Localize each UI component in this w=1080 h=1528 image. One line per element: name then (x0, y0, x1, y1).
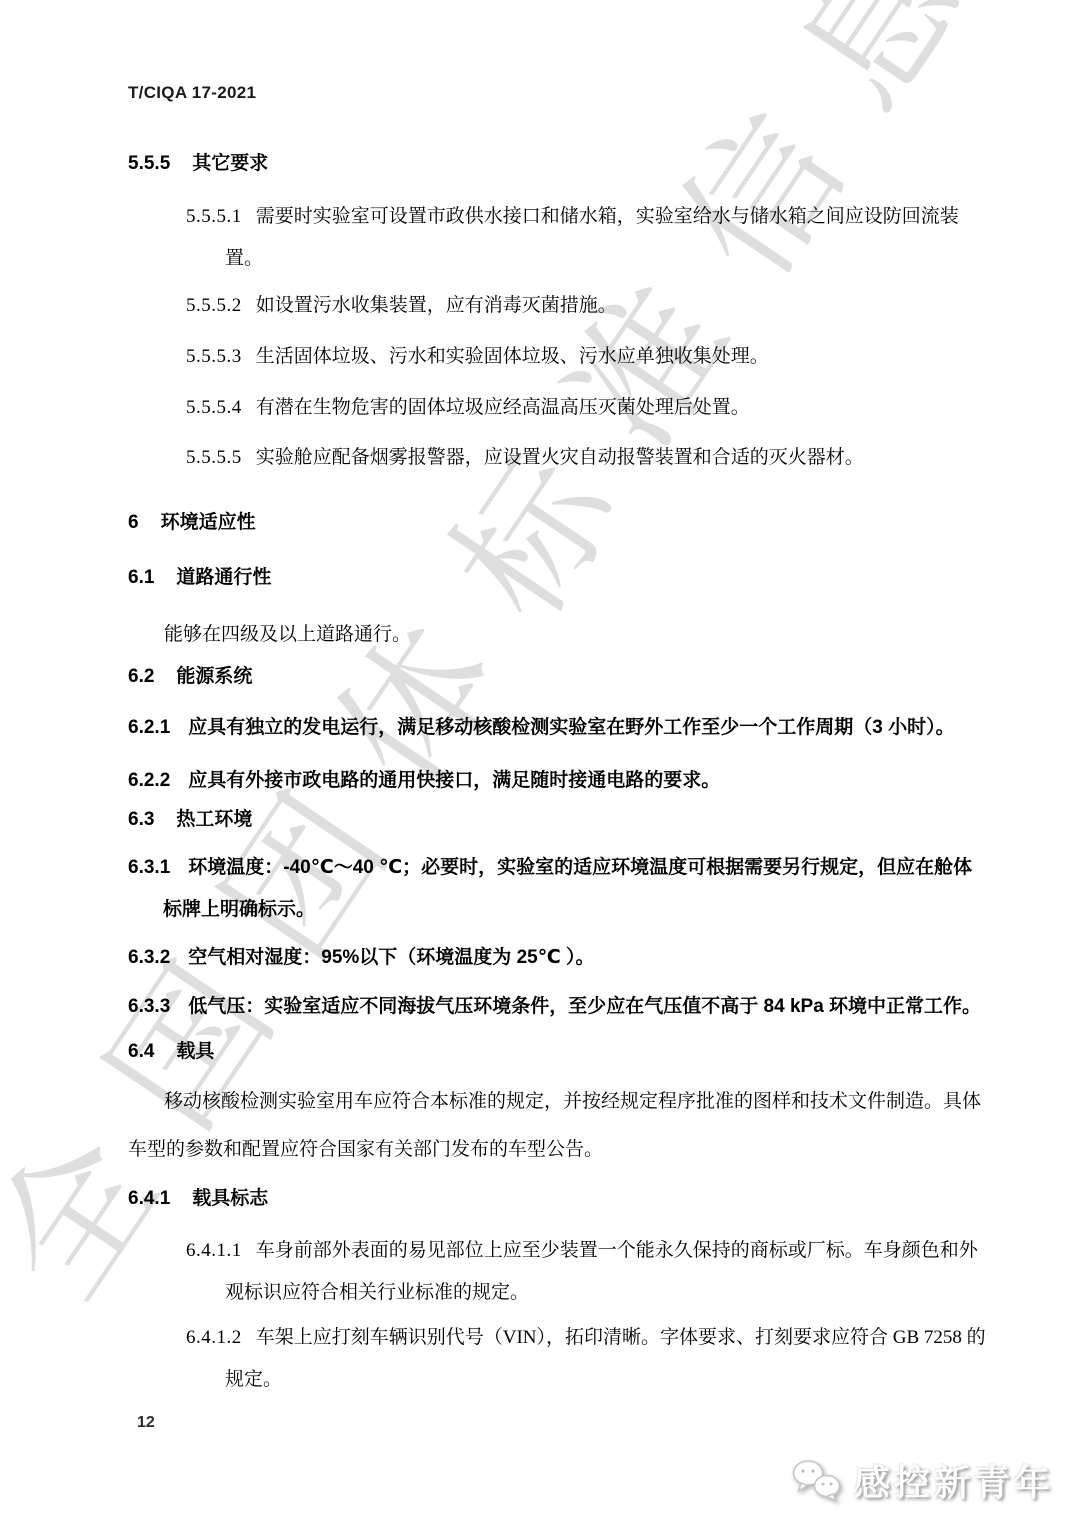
clause-text: 空气相对湿度：95%以下（环境温度为 25℃ ）。 (188, 947, 594, 968)
clause-number: 6.3.3 (128, 996, 170, 1017)
section-heading-6-4-1: 6.4.1载具标志 (128, 1178, 988, 1220)
clause-6-4-1-2: 6.4.1.2车架上应打刻车辆识别代号（VIN），拓印清晰。字体要求、打刻要求应… (225, 1317, 987, 1401)
clause-text: 生活固体垃圾、污水和实验固体垃圾、污水应单独收集处理。 (256, 346, 769, 367)
section-heading-6-1: 6.1道路通行性 (128, 557, 988, 599)
section-title: 道路通行性 (176, 567, 271, 588)
clause-number: 6.2.2 (128, 770, 170, 791)
brand-name: 感控新青年 (854, 1455, 1054, 1506)
clause-text: 如设置污水收集装置，应有消毒灭菌措施。 (256, 295, 617, 316)
clause-text: 实验舱应配备烟雾报警器，应设置火灾自动报警装置和合适的灭火器材。 (256, 447, 864, 468)
clause-number: 5.5.5.4 (186, 397, 242, 418)
clause-6-3-2: 6.3.2空气相对湿度：95%以下（环境温度为 25℃ ）。 (163, 937, 989, 979)
section-heading-5-5-5: 5.5.5其它要求 (128, 143, 988, 185)
brand-badge: 感控新青年 (790, 1455, 1054, 1506)
clause-text: 车身前部外表面的易见部位上应至少装置一个能永久保持的商标或厂标。车身颜色和外观标… (225, 1240, 978, 1303)
clause-text: 有潜在生物危害的固体垃圾应经高温高压灭菌处理后处置。 (256, 397, 750, 418)
paragraph-road: 能够在四级及以上道路通行。 (128, 611, 985, 659)
section-title: 载具标志 (192, 1188, 268, 1209)
page-number: 12 (137, 1414, 155, 1432)
clause-number: 5.5.5.5 (186, 447, 242, 468)
section-title: 能源系统 (176, 666, 252, 687)
section-title: 其它要求 (192, 153, 268, 174)
section-number: 6.1 (128, 567, 154, 588)
clause-text: 应具有外接市政电路的通用快接口，满足随时接通电路的要求。 (188, 770, 720, 791)
section-title: 载具 (176, 1041, 214, 1062)
clause-text: 需要时实验室可设置市政供水接口和储水箱，实验室给水与储水箱之间应设防回流装置。 (225, 206, 959, 269)
clause-6-3-1: 6.3.1环境温度：-40℃～40 ℃；必要时，实验室的适应环境温度可根据需要另… (163, 847, 989, 931)
clause-6-3-3: 6.3.3低气压：实验室适应不同海拔气压环境条件，至少应在气压值不高于 84 k… (163, 986, 989, 1028)
clause-6-2-2: 6.2.2应具有外接市政电路的通用快接口，满足随时接通电路的要求。 (163, 760, 989, 802)
clause-text: 应具有独立的发电运行，满足移动核酸检测实验室在野外工作至少一个工作周期（3 小时… (188, 717, 954, 738)
clause-6-2-1: 6.2.1应具有独立的发电运行，满足移动核酸检测实验室在野外工作至少一个工作周期… (163, 707, 989, 749)
section-title: 环境适应性 (161, 512, 256, 533)
document-page: 全国团体标准信息平台 T/CIQA 17-2021 5.5.5其它要求 5.5.… (0, 0, 1080, 1528)
section-number: 6.3 (128, 809, 154, 830)
section-heading-6: 6环境适应性 (128, 502, 988, 544)
section-heading-6-2: 6.2能源系统 (128, 656, 988, 698)
clause-6-4-1-1: 6.4.1.1车身前部外表面的易见部位上应至少装置一个能永久保持的商标或厂标。车… (225, 1230, 987, 1314)
clause-number: 6.3.1 (128, 857, 170, 878)
paragraph-vehicle: 移动核酸检测实验室用车应符合本标准的规定，并按经规定程序批准的图样和技术文件制造… (128, 1078, 985, 1174)
section-title: 热工环境 (176, 809, 252, 830)
section-number: 5.5.5 (128, 153, 170, 174)
clause-5-5-5-5: 5.5.5.5实验舱应配备烟雾报警器，应设置火灾自动报警装置和合适的灭火器材。 (225, 437, 987, 479)
clause-number: 6.4.1.1 (186, 1240, 242, 1261)
clause-text: 环境温度：-40℃～40 ℃；必要时，实验室的适应环境温度可根据需要另行规定，但… (163, 857, 972, 920)
clause-number: 6.4.1.2 (186, 1327, 242, 1348)
clause-5-5-5-1: 5.5.5.1需要时实验室可设置市政供水接口和储水箱，实验室给水与储水箱之间应设… (225, 196, 987, 280)
clause-5-5-5-4: 5.5.5.4有潜在生物危害的固体垃圾应经高温高压灭菌处理后处置。 (225, 387, 987, 429)
clause-5-5-5-3: 5.5.5.3生活固体垃圾、污水和实验固体垃圾、污水应单独收集处理。 (225, 336, 987, 378)
wechat-icon (790, 1458, 844, 1504)
clause-number: 5.5.5.2 (186, 295, 242, 316)
section-number: 6.4 (128, 1041, 154, 1062)
clause-text: 车架上应打刻车辆识别代号（VIN），拓印清晰。字体要求、打刻要求应符合 GB 7… (225, 1327, 986, 1390)
clause-number: 6.2.1 (128, 717, 170, 738)
clause-text: 低气压：实验室适应不同海拔气压环境条件，至少应在气压值不高于 84 kPa 环境… (188, 996, 981, 1017)
clause-number: 6.3.2 (128, 947, 170, 968)
section-number: 6.4.1 (128, 1188, 170, 1209)
section-number: 6.2 (128, 666, 154, 687)
section-heading-6-4: 6.4载具 (128, 1031, 988, 1073)
section-number: 6 (128, 512, 139, 533)
doc-code: T/CIQA 17-2021 (128, 83, 256, 103)
clause-number: 5.5.5.1 (186, 206, 242, 227)
section-heading-6-3: 6.3热工环境 (128, 799, 988, 841)
clause-5-5-5-2: 5.5.5.2如设置污水收集装置，应有消毒灭菌措施。 (225, 285, 987, 327)
clause-number: 5.5.5.3 (186, 346, 242, 367)
